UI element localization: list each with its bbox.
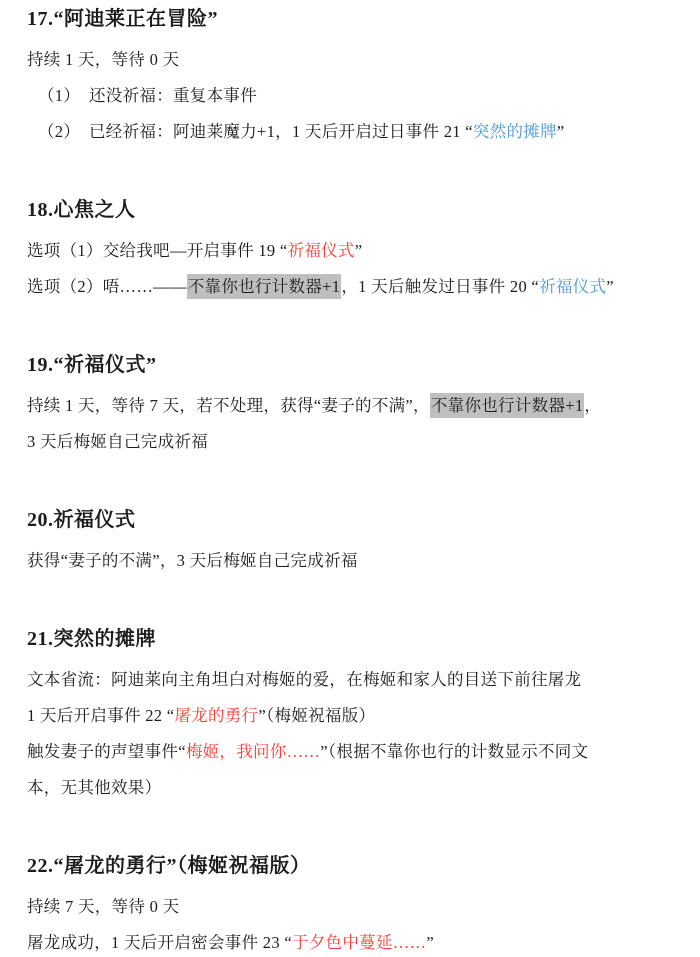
event-section: 22.“屠龙的勇行”（梅姬祝福版）持续 7 天，等待 0 天屠龙成功，1 天后开… <box>27 851 690 957</box>
text-run: 持续 1 天，等待 0 天 <box>27 50 179 69</box>
paragraph: 选项（2）唔……——不靠你也行计数器+1，1 天后触发过日事件 20 “祈福仪式… <box>27 269 690 305</box>
event-ref-blue: 祈福仪式 <box>539 277 606 296</box>
event-ref-red: 祈福仪式 <box>288 241 355 260</box>
text-run: ” <box>606 277 614 296</box>
text-run: ”（梅姬祝福版） <box>258 706 375 725</box>
text-run: 还没祈福：重复本事件 <box>89 86 257 105</box>
paragraph: 触发妻子的声望事件“梅姬，我问你……”（根据不靠你也行的计数显示不同文本，无其他… <box>27 734 690 806</box>
paragraph: 持续 1 天，等待 0 天 <box>27 42 690 78</box>
paragraph: 获得“妻子的不满”，3 天后梅姬自己完成祈福 <box>27 543 690 579</box>
paragraph: 持续 7 天，等待 0 天 <box>27 889 690 925</box>
paragraph: （2）已经祈福：阿迪莱魔力+1，1 天后开启过日事件 21 “突然的摊牌” <box>27 114 690 150</box>
text-run: 触发妻子的声望事件“ <box>27 742 186 761</box>
text-run: 3 天后梅姬自己完成祈福 <box>27 432 208 451</box>
section-heading: 18.心焦之人 <box>27 195 690 225</box>
list-label: （1） <box>38 78 89 114</box>
event-section: 18.心焦之人选项（1）交给我吧—开启事件 19 “祈福仪式”选项（2）唔……—… <box>27 195 690 305</box>
paragraph: 屠龙成功，1 天后开启密会事件 23 “于夕色中蔓延……” <box>27 925 690 957</box>
text-run: ” <box>355 241 363 260</box>
paragraph: （1）还没祈福：重复本事件 <box>27 78 690 114</box>
text-run: 选项（2）唔……—— <box>27 277 187 296</box>
counter-highlight: 不靠你也行计数器+1 <box>187 274 342 299</box>
text-run: ”（根据不靠你也行的计数显示不同文 <box>320 742 588 761</box>
event-ref-blue: 突然的摊牌 <box>473 122 557 141</box>
paragraph: 1 天后开启事件 22 “屠龙的勇行”（梅姬祝福版） <box>27 698 690 734</box>
event-ref-red: 于夕色中蔓延…… <box>292 933 426 952</box>
paragraph: 持续 1 天，等待 7 天，若不处理，获得“妻子的不满”，不靠你也行计数器+1，… <box>27 388 690 460</box>
paragraph: 选项（1）交给我吧—开启事件 19 “祈福仪式” <box>27 233 690 269</box>
text-run: 持续 7 天，等待 0 天 <box>27 897 179 916</box>
event-ref-red: 梅姬，我问你…… <box>186 742 320 761</box>
text-run: 持续 1 天，等待 7 天，若不处理，获得“妻子的不满”， <box>27 396 430 415</box>
section-heading: 22.“屠龙的勇行”（梅姬祝福版） <box>27 851 690 881</box>
text-run: 本，无其他效果） <box>27 778 161 797</box>
event-section: 17.“阿迪莱正在冒险”持续 1 天，等待 0 天（1）还没祈福：重复本事件（2… <box>27 4 690 150</box>
text-run: ， <box>584 396 601 415</box>
event-ref-red: 屠龙的勇行 <box>174 706 258 725</box>
text-run: ” <box>426 933 434 952</box>
section-heading: 19.“祈福仪式” <box>27 350 690 380</box>
document-page: 17.“阿迪莱正在冒险”持续 1 天，等待 0 天（1）还没祈福：重复本事件（2… <box>0 0 700 957</box>
text-run: ” <box>557 122 565 141</box>
event-section: 21.突然的摊牌文本省流：阿迪莱向主角坦白对梅姬的爱，在梅姬和家人的目送下前往屠… <box>27 624 690 806</box>
text-run: 1 天后开启事件 22 “ <box>27 706 174 725</box>
text-run: 文本省流：阿迪莱向主角坦白对梅姬的爱，在梅姬和家人的目送下前往屠龙 <box>27 670 581 689</box>
paragraph: 文本省流：阿迪莱向主角坦白对梅姬的爱，在梅姬和家人的目送下前往屠龙 <box>27 662 690 698</box>
list-label: （2） <box>38 114 89 150</box>
counter-highlight: 不靠你也行计数器+1 <box>430 393 585 418</box>
section-heading: 17.“阿迪莱正在冒险” <box>27 4 690 34</box>
section-heading: 21.突然的摊牌 <box>27 624 690 654</box>
text-run: 选项（1）交给我吧—开启事件 19 “ <box>27 241 288 260</box>
event-section: 19.“祈福仪式”持续 1 天，等待 7 天，若不处理，获得“妻子的不满”，不靠… <box>27 350 690 460</box>
event-section: 20.祈福仪式获得“妻子的不满”，3 天后梅姬自己完成祈福 <box>27 505 690 579</box>
text-run: 获得“妻子的不满”，3 天后梅姬自己完成祈福 <box>27 551 358 570</box>
text-run: 屠龙成功，1 天后开启密会事件 23 “ <box>27 933 292 952</box>
section-heading: 20.祈福仪式 <box>27 505 690 535</box>
text-run: 已经祈福：阿迪莱魔力+1，1 天后开启过日事件 21 “ <box>89 122 473 141</box>
text-run: ，1 天后触发过日事件 20 “ <box>341 277 539 296</box>
